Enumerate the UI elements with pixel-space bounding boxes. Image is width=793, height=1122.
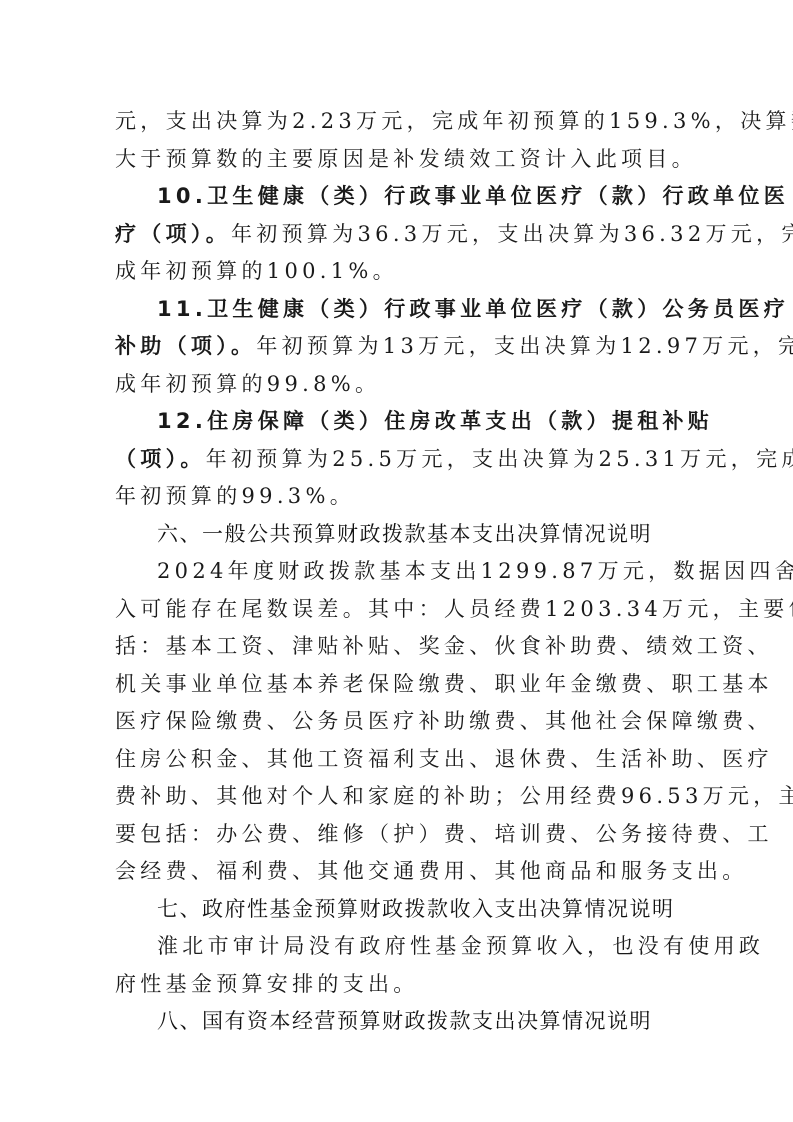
paragraph-line: 机关事业单位基本养老保险缴费、职业年金缴费、职工基本 [115, 666, 680, 704]
document-page: 元，支出决算为2.23万元，完成年初预算的159.3%，决算数 大于预算数的主要… [115, 103, 680, 1041]
body-text: 年初预算的99.3%。 [115, 484, 355, 508]
body-text: 入可能存在尾数误差。其中：人员经费1203.34万元，主要包 [115, 597, 793, 621]
section-heading-8: 八、国有资本经营预算财政拨款支出决算情况说明 [115, 1003, 680, 1041]
paragraph-line: 成年初预算的100.1%。 [115, 253, 680, 291]
item-12-title-line: 12.住房保障（类）住房改革支出（款）提租补贴 [115, 403, 680, 441]
item-12-detail-line: （项）。年初预算为25.5万元，支出决算为25.31万元，完成 [115, 441, 680, 479]
body-text: 元，支出决算为2.23万元，完成年初预算的159.3%，决算数 [115, 109, 793, 133]
body-text: 要包括：办公费、维修（护）费、培训费、公务接待费、工 [115, 822, 773, 846]
section-heading-6: 六、一般公共预算财政拨款基本支出决算情况说明 [115, 516, 680, 554]
body-text: 成年初预算的99.8%。 [115, 372, 380, 396]
body-text: 机关事业单位基本养老保险缴费、职业年金缴费、职工基本 [115, 672, 773, 696]
item-11-detail-line: 补助（项）。年初预算为13万元，支出决算为12.97万元，完 [115, 328, 680, 366]
body-text: 成年初预算的100.1%。 [115, 259, 398, 283]
paragraph-line: 年初预算的99.3%。 [115, 478, 680, 516]
body-text: 年初预算为25.5万元，支出决算为25.31万元，完成 [206, 447, 793, 471]
paragraph-line: 元，支出决算为2.23万元，完成年初预算的159.3%，决算数 [115, 103, 680, 141]
body-text: 费补助、其他对个人和家庭的补助；公用经费96.53万元，主 [115, 784, 793, 808]
item-title: 12.住房保障（类）住房改革支出（款）提租补贴 [157, 409, 713, 433]
body-text: 住房公积金、其他工资福利支出、退休费、生活补助、医疗 [115, 747, 773, 771]
paragraph-line: 大于预算数的主要原因是补发绩效工资计入此项目。 [115, 141, 680, 179]
section-heading-7: 七、政府性基金预算财政拨款收入支出决算情况说明 [115, 891, 680, 929]
body-text: 会经费、福利费、其他交通费用、其他商品和服务支出。 [115, 859, 748, 883]
paragraph-line: 2024年度财政拨款基本支出1299.87万元，数据因四舍五 [115, 553, 680, 591]
item-title: 疗（项）。 [115, 222, 231, 246]
paragraph-line: 淮北市审计局没有政府性基金预算收入，也没有使用政 [115, 928, 680, 966]
item-title: 10.卫生健康（类）行政事业单位医疗（款）行政单位医 [157, 184, 789, 208]
paragraph-line: 费补助、其他对个人和家庭的补助；公用经费96.53万元，主 [115, 778, 680, 816]
item-title: 11.卫生健康（类）行政事业单位医疗（款）公务员医疗 [157, 297, 789, 321]
body-text: 淮北市审计局没有政府性基金预算收入，也没有使用政 [157, 934, 764, 958]
item-title: 补助（项）。 [115, 334, 256, 358]
body-text: 府性基金预算安排的支出。 [115, 972, 419, 996]
paragraph-line: 府性基金预算安排的支出。 [115, 966, 680, 1004]
body-text: 大于预算数的主要原因是补发绩效工资计入此项目。 [115, 147, 697, 171]
paragraph-line: 入可能存在尾数误差。其中：人员经费1203.34万元，主要包 [115, 591, 680, 629]
section-title: 六、一般公共预算财政拨款基本支出决算情况说明 [157, 522, 652, 546]
paragraph-line: 住房公积金、其他工资福利支出、退休费、生活补助、医疗 [115, 741, 680, 779]
body-text: 括：基本工资、津贴补贴、奖金、伙食补助费、绩效工资、 [115, 634, 773, 658]
item-10-detail-line: 疗（项）。年初预算为36.3万元，支出决算为36.32万元，完 [115, 216, 680, 254]
body-text: 年初预算为36.3万元，支出决算为36.32万元，完 [231, 222, 793, 246]
body-text: 医疗保险缴费、公务员医疗补助缴费、其他社会保障缴费、 [115, 709, 773, 733]
paragraph-line: 要包括：办公费、维修（护）费、培训费、公务接待费、工 [115, 816, 680, 854]
paragraph-line: 成年初预算的99.8%。 [115, 366, 680, 404]
section-title: 八、国有资本经营预算财政拨款支出决算情况说明 [157, 1009, 652, 1033]
section-title: 七、政府性基金预算财政拨款收入支出决算情况说明 [157, 897, 675, 921]
paragraph-line: 医疗保险缴费、公务员医疗补助缴费、其他社会保障缴费、 [115, 703, 680, 741]
item-title: （项）。 [115, 447, 206, 471]
paragraph-line: 会经费、福利费、其他交通费用、其他商品和服务支出。 [115, 853, 680, 891]
item-11-title-line: 11.卫生健康（类）行政事业单位医疗（款）公务员医疗 [115, 291, 680, 329]
paragraph-line: 括：基本工资、津贴补贴、奖金、伙食补助费、绩效工资、 [115, 628, 680, 666]
body-text: 年初预算为13万元，支出决算为12.97万元，完 [256, 334, 793, 358]
body-text: 2024年度财政拨款基本支出1299.87万元，数据因四舍五 [157, 559, 793, 583]
item-10-title-line: 10.卫生健康（类）行政事业单位医疗（款）行政单位医 [115, 178, 680, 216]
